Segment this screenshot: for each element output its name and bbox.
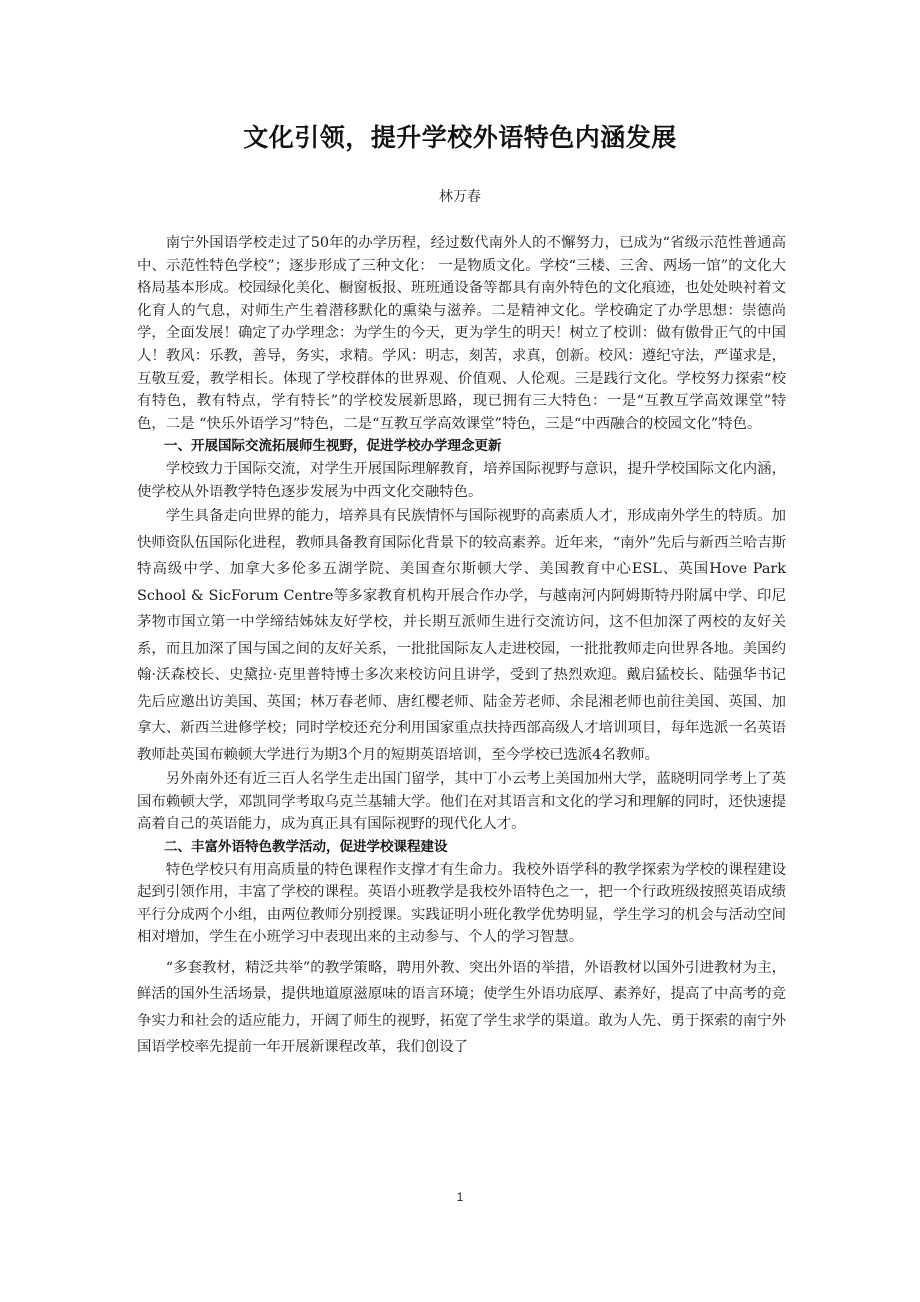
section1-paragraph-3: 另外南外还有近三百人名学生走出国门留学，其中丁小云考上美国加州大学，蓝晓明同学考…	[137, 768, 786, 836]
document-title: 文化引领，提升学校外语特色内涵发展	[0, 118, 920, 154]
section2-paragraph-2: “多套教材，精泛共举”的教学策略，聘用外教、突出外语的举措，外语教材以国外引进教…	[137, 955, 786, 1061]
section-heading-1: 一、开展国际交流拓展师生视野，促进学校办学理念更新	[137, 435, 786, 458]
intro-paragraph: 南宁外国语学校走过了50年的办学历程，经过数代南外人的不懈努力，已成为“省级示范…	[137, 232, 786, 435]
page-number: 1	[0, 1190, 920, 1204]
section1-paragraph-1: 学校致力于国际交流，对学生开展国际理解教育，培养国际视野与意识，提升学校国际文化…	[137, 458, 786, 503]
document-page: 文化引领，提升学校外语特色内涵发展 林万春 南宁外国语学校走过了50年的办学历程…	[0, 0, 920, 1302]
section2-paragraph-1: 特色学校只有用高质量的特色课程作支撑才有生命力。我校外语学科的教学探索为学校的课…	[137, 859, 786, 949]
section1-paragraph-2: 学生具备走向世界的能力，培养具有民族情怀与国际视野的高素质人才，形成南外学生的特…	[137, 503, 786, 768]
document-body: 南宁外国语学校走过了50年的办学历程，经过数代南外人的不懈努力，已成为“省级示范…	[137, 232, 786, 1061]
section-heading-2: 二、丰富外语特色教学活动，促进学校课程建设	[137, 836, 786, 859]
document-author: 林万春	[0, 186, 920, 206]
